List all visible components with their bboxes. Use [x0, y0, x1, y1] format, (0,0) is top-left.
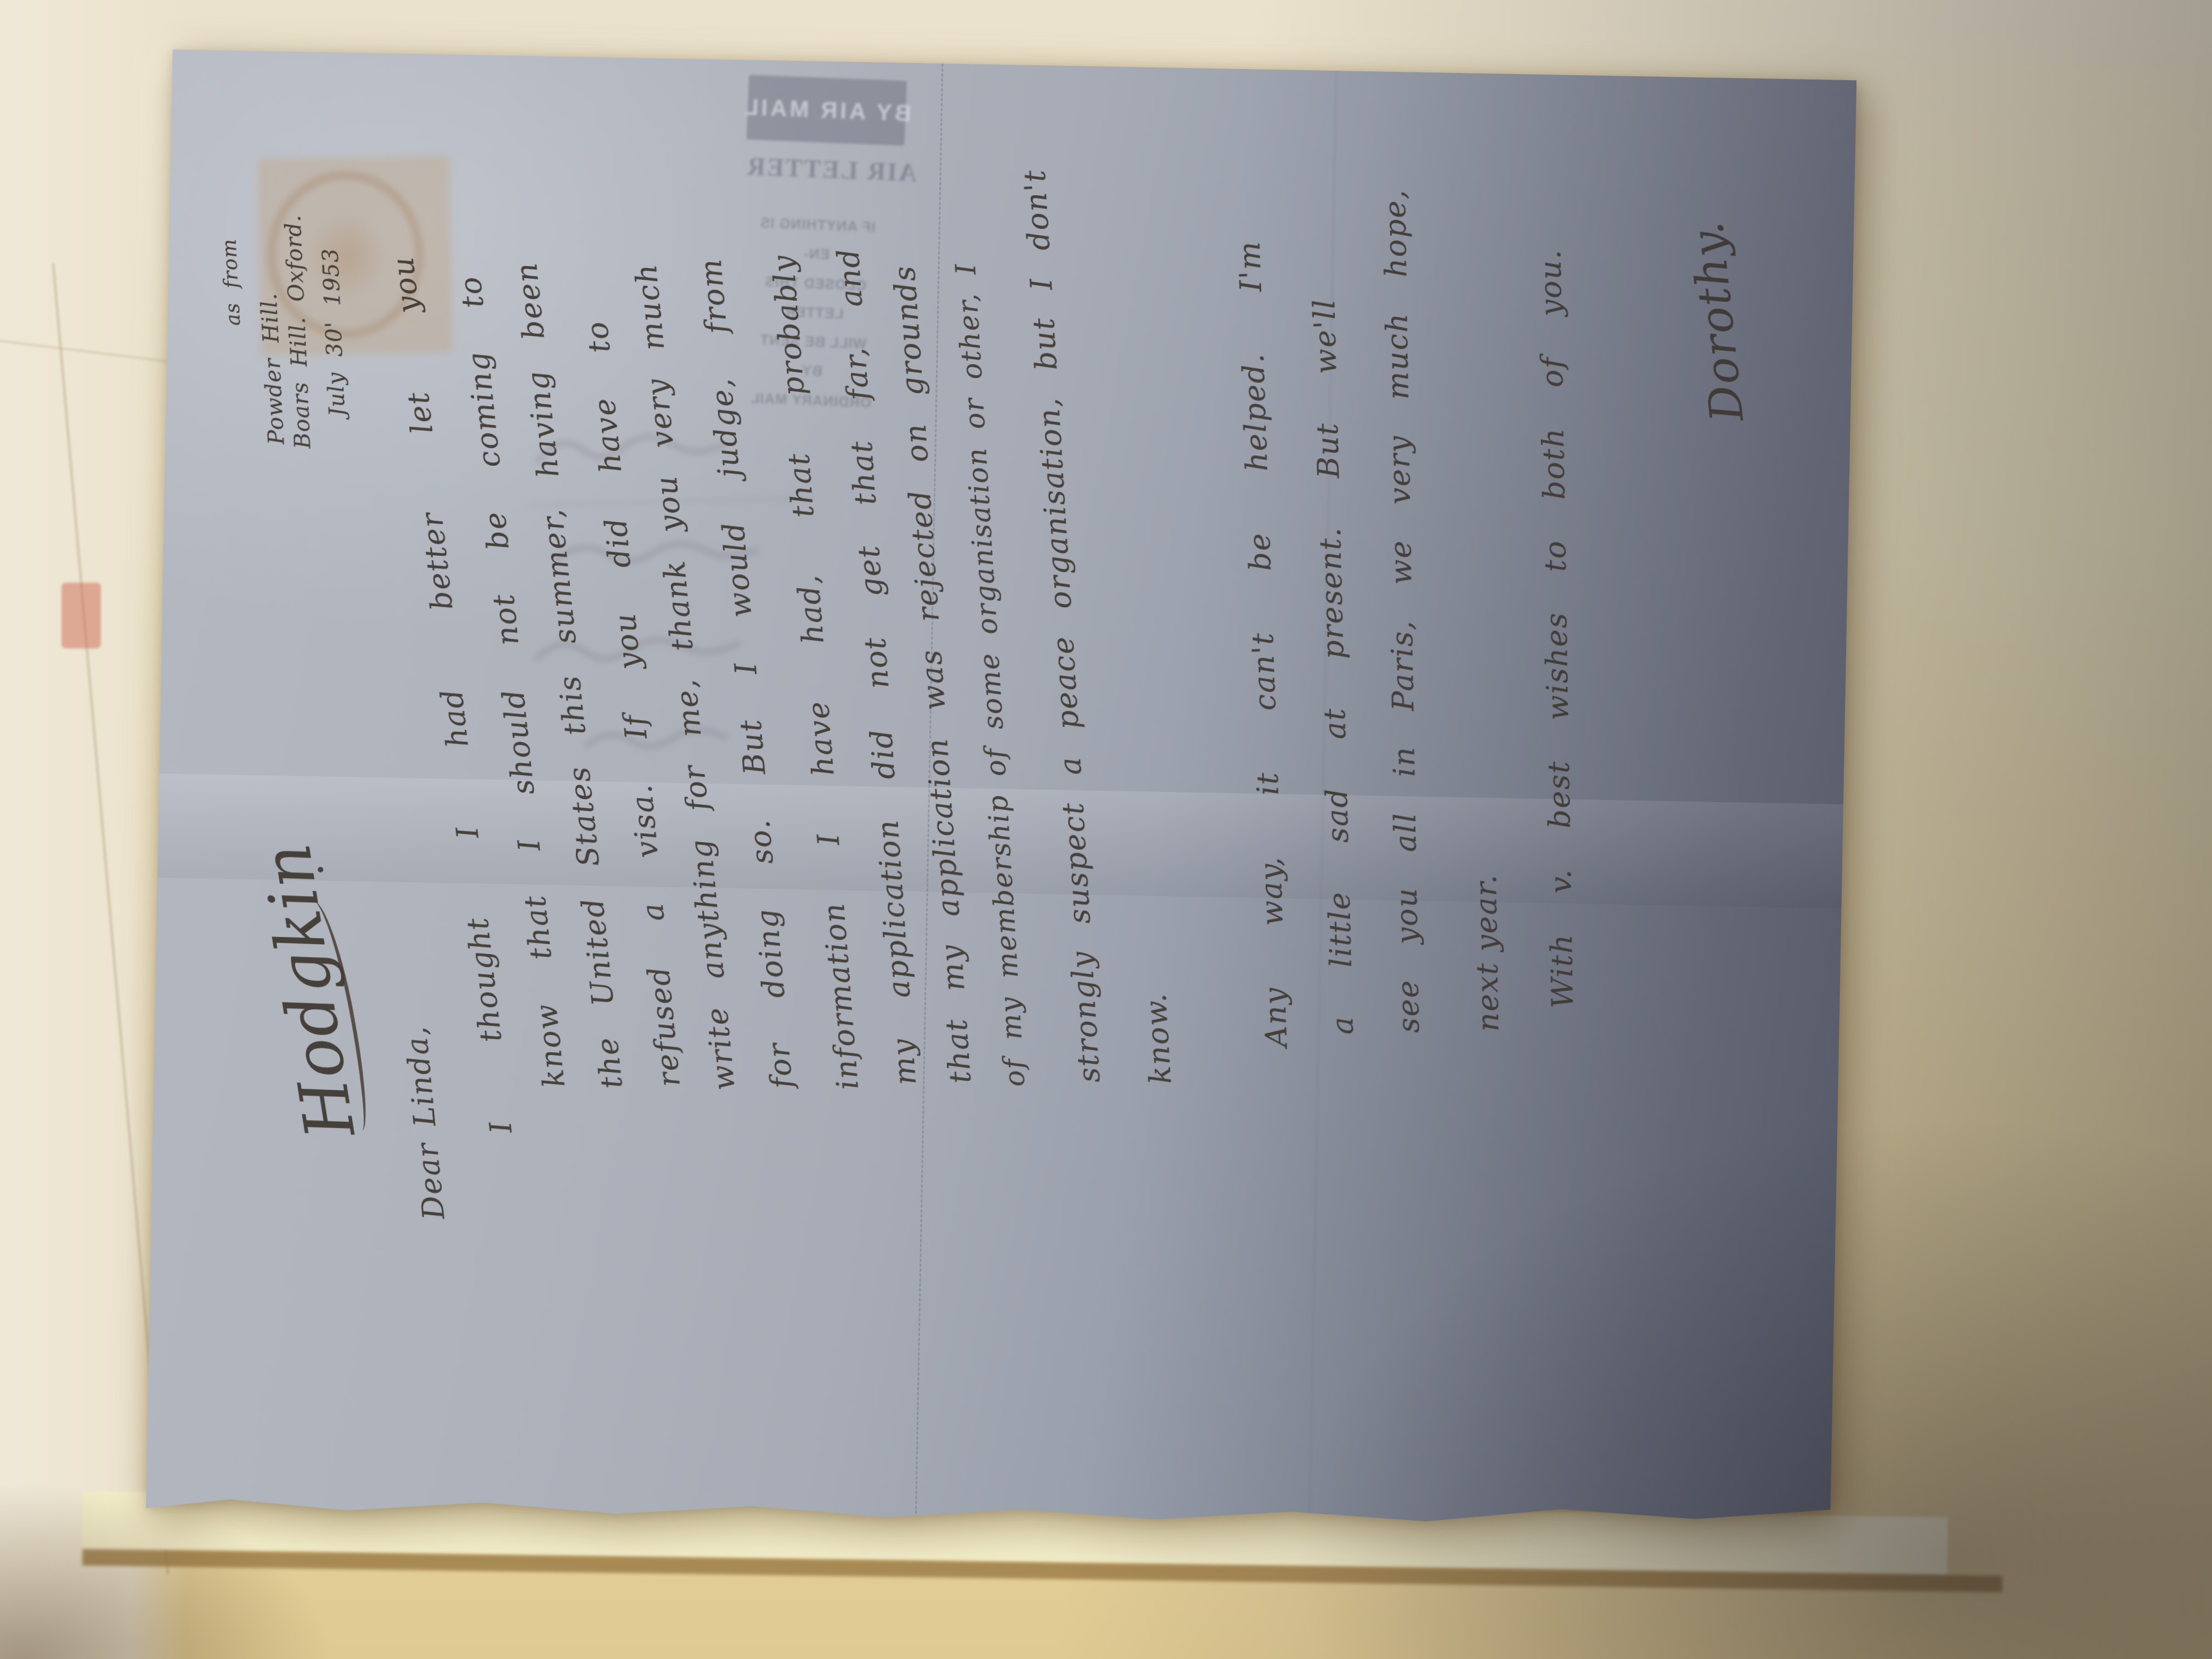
letter-line: a little sad at present. But we'll [1307, 298, 1360, 1035]
salutation: Dear Linda, [399, 1024, 451, 1221]
heading-as-from: as from [218, 238, 245, 326]
letter-line: know. [1138, 991, 1178, 1085]
heading-date: July 30' 1953 [318, 247, 350, 417]
letter-line: Any way, it can't be helped. I'm [1233, 240, 1294, 1048]
handwritten-message: Hodgkin as from Powder Hill. Boars Hill.… [146, 49, 1857, 1539]
signature: Dorothy. [1681, 218, 1754, 424]
closing-line: With v. best wishes to both of you. [1533, 249, 1580, 1008]
air-letter-paper: BY AIR MAIL AIR LETTER IF ANYTHING IS EN… [146, 49, 1857, 1541]
letter-line: next year. [1469, 873, 1505, 1032]
letter-line: see you all in Paris, we very much hope, [1378, 189, 1426, 1033]
red-sticker [61, 583, 101, 648]
letter-line: strongly suspect a peace organisation, b… [1018, 168, 1107, 1084]
blue-paper: BY AIR MAIL AIR LETTER IF ANYTHING IS EN… [146, 49, 1857, 1541]
photo-of-letter: BY AIR MAIL AIR LETTER IF ANYTHING IS EN… [0, 0, 2212, 1659]
